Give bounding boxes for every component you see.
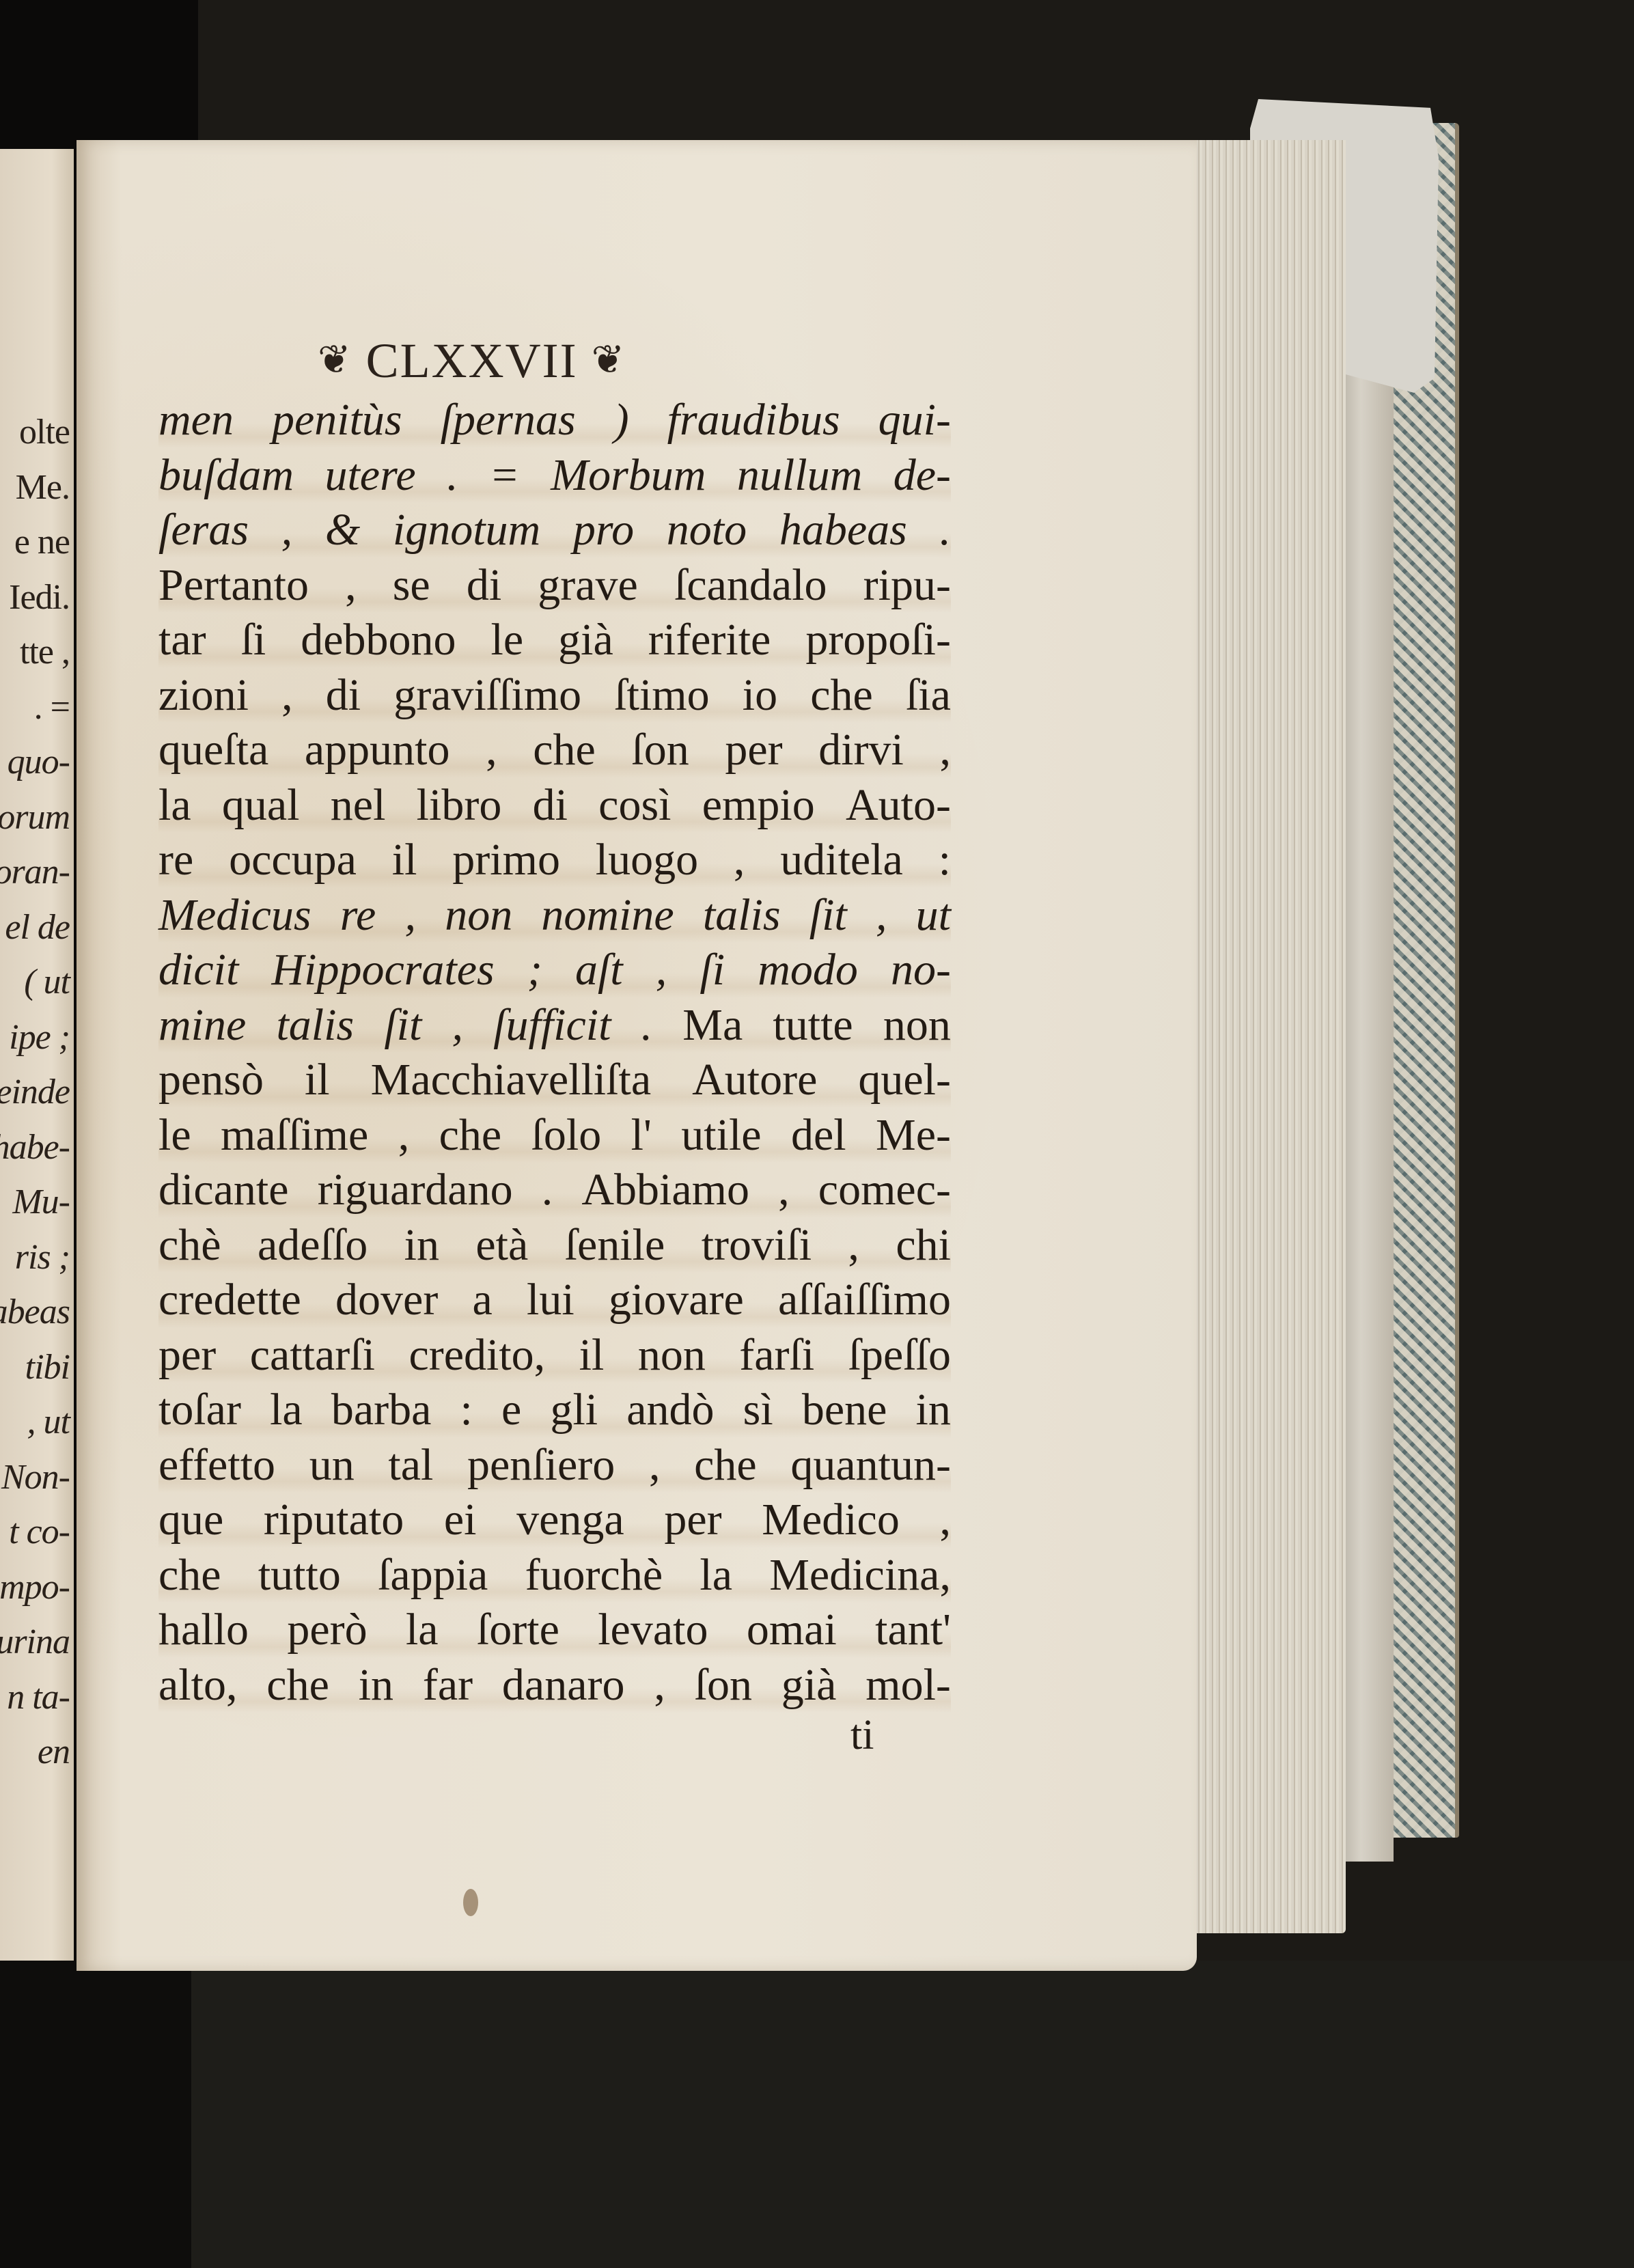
word: un (309, 1438, 355, 1493)
text-line: Pertanto,sedigraveſcandaloripu- (158, 558, 951, 613)
word: non (445, 888, 512, 943)
word: di (467, 558, 501, 613)
word: mine (158, 998, 246, 1053)
word: maſſime (221, 1108, 368, 1163)
word: modo (758, 943, 858, 998)
word: empio (702, 778, 815, 833)
word: in (359, 1658, 393, 1713)
left-page-text-fragment: Non- (1, 1457, 70, 1497)
word: alto, (158, 1658, 237, 1713)
word: quantun- (790, 1438, 951, 1493)
word: ripu- (863, 558, 951, 613)
word: ſpeſſo (848, 1328, 951, 1383)
text-line: tarſidebbonolegiàriferitepropoſi- (158, 613, 951, 668)
word: le (491, 613, 524, 668)
word: Ma (682, 998, 743, 1053)
left-page-text-fragment: quo- (8, 742, 70, 782)
word: ſon (631, 723, 689, 778)
word: ut (916, 888, 951, 943)
word: toſar (158, 1383, 241, 1438)
word: qui- (878, 393, 951, 448)
word: , (939, 723, 951, 778)
word: propoſi- (805, 613, 951, 668)
page-number-roman: CLXXVII (366, 333, 578, 388)
word: chi (896, 1218, 951, 1273)
text-line: credettedoveraluigiovareaſſaiſſimo (158, 1273, 951, 1328)
word: ſon (695, 1658, 752, 1713)
word: occupa (229, 833, 357, 888)
left-page-text-fragment: ris ; (15, 1237, 70, 1277)
word: Auto- (846, 778, 951, 833)
word: , (734, 833, 745, 888)
word: ſcandalo (674, 558, 827, 613)
word: queſta (158, 723, 268, 778)
word: per (158, 1328, 216, 1383)
word: gli (550, 1383, 598, 1438)
text-line: minetalisſit,ſufficit.Matuttenon (158, 998, 951, 1053)
page-header: ❦ CLXXVII ❦ (318, 333, 626, 389)
word: talis (276, 998, 354, 1053)
word: ſi (700, 943, 725, 998)
word: non (883, 998, 951, 1053)
word: dirvi (818, 723, 904, 778)
word: : (460, 1383, 473, 1438)
left-page-text-fragment: t co- (9, 1512, 70, 1552)
word: , (654, 1658, 665, 1713)
word: : (939, 833, 951, 888)
word: & (325, 503, 360, 558)
word: chè (158, 1218, 221, 1273)
left-page-text-fragment: Iedi. (9, 577, 70, 618)
word: appunto (305, 723, 450, 778)
word: ſit (809, 888, 847, 943)
word: ſpernas (441, 393, 576, 448)
word: . (542, 1163, 553, 1218)
text-line: zioni,digraviſſimoſtimoiocheſia (158, 668, 951, 723)
word: troviſi (702, 1218, 812, 1273)
word: se (393, 558, 430, 613)
word: di (533, 778, 568, 833)
left-page-text-fragment: tte , (20, 632, 70, 672)
word: andò (626, 1383, 714, 1438)
word: Morbum (551, 448, 706, 503)
left-page-text-fragment: Me. (16, 467, 70, 508)
text-line: ſeras,&ignotumpronotohabeas. (158, 503, 951, 558)
word: riferite (648, 613, 771, 668)
word: del (791, 1108, 846, 1163)
word: la (406, 1603, 439, 1658)
word: luogo (596, 833, 698, 888)
left-page-text-fragment: orum (0, 797, 70, 838)
word: Abbiamo (581, 1163, 749, 1218)
word: ſi (241, 613, 266, 668)
word: giovare (609, 1273, 744, 1328)
word: omai (747, 1603, 837, 1658)
word: , (405, 888, 417, 943)
word: credette (158, 1273, 301, 1328)
word: levato (598, 1603, 708, 1658)
left-page-text-fragment: n ta- (7, 1677, 70, 1717)
left-page-text-fragment: mpo- (0, 1567, 70, 1607)
word: no- (891, 943, 951, 998)
left-page-text-fragment: e ne (14, 522, 70, 562)
word: il (392, 833, 417, 888)
word: Autore (692, 1053, 817, 1108)
word: già (558, 613, 613, 668)
word: nomine (541, 888, 674, 943)
word: . (641, 998, 653, 1053)
word: ignotum (393, 503, 540, 558)
ink-stain (463, 1889, 478, 1916)
word: far (423, 1658, 473, 1713)
word: così (598, 778, 671, 833)
word: ei (444, 1493, 477, 1548)
word: che (439, 1108, 502, 1163)
background-bottom (0, 1961, 1634, 2268)
text-line: Medicusre,nonnominetalisſit,ut (158, 888, 951, 943)
text-line: buſdamutere.=Morbumnullumde- (158, 448, 951, 503)
word: penſiero (467, 1438, 615, 1493)
word: , (486, 723, 497, 778)
word: per (664, 1493, 721, 1548)
left-page-text-fragment: ipe ; (9, 1017, 70, 1057)
word: Medicus (158, 888, 311, 943)
word: debbono (301, 613, 456, 668)
word: noto (667, 503, 747, 558)
word: qual (222, 778, 300, 833)
word: barba (331, 1383, 432, 1438)
word: ſolo (531, 1108, 602, 1163)
word: pro (573, 503, 634, 558)
word: le (158, 1108, 191, 1163)
word: re (158, 833, 193, 888)
word: il (305, 1053, 330, 1108)
word: lui (527, 1273, 574, 1328)
word: e (501, 1383, 521, 1438)
text-line: reoccupailprimoluogo,uditela: (158, 833, 951, 888)
left-page-text-fragment: Mu- (12, 1182, 70, 1222)
word: che (158, 1548, 221, 1603)
word: buſdam (158, 448, 294, 503)
word: , (939, 1493, 951, 1548)
word: , (398, 1108, 410, 1163)
word: mol- (866, 1658, 951, 1713)
word: , (876, 888, 887, 943)
word: però (287, 1603, 367, 1658)
word: dicit (158, 943, 238, 998)
word: dicante (158, 1163, 289, 1218)
word: re (340, 888, 376, 943)
word: età (475, 1218, 528, 1273)
word: uditela (780, 833, 903, 888)
word: , (281, 503, 293, 558)
word: che (533, 723, 596, 778)
word: hallo (158, 1603, 249, 1658)
left-page-text-fragment: habe- (0, 1127, 70, 1167)
body-text: menpenitùsſpernas)fraudibusqui-buſdamute… (158, 393, 951, 1713)
word: credito, (408, 1328, 545, 1383)
word: Hippocrates (271, 943, 494, 998)
word: tutte (773, 998, 853, 1053)
left-page-text-fragment: , ut (27, 1402, 70, 1442)
word: aſt (575, 943, 623, 998)
word: penitùs (272, 393, 402, 448)
word: primo (452, 833, 560, 888)
text-line: effettountalpenſiero,chequantun- (158, 1438, 951, 1493)
word: talis (703, 888, 781, 943)
fleuron-left-icon: ❦ (318, 337, 352, 382)
word: che (266, 1658, 329, 1713)
word: effetto (158, 1438, 275, 1493)
word: nullum (737, 448, 862, 503)
left-page-text-fragment: . = (34, 687, 70, 728)
text-line: queriputatoeivengaperMedico, (158, 1493, 951, 1548)
word: sì (743, 1383, 773, 1438)
word: già (781, 1658, 837, 1713)
word: il (579, 1328, 605, 1383)
word: che (810, 668, 873, 723)
background-bottom-left (0, 1961, 191, 2268)
word: ſit (384, 998, 421, 1053)
word: nel (331, 778, 386, 833)
word: tutto (258, 1548, 341, 1603)
word: che (694, 1438, 757, 1493)
word: ſufficit (493, 998, 611, 1053)
word: tant' (875, 1603, 951, 1658)
word: Macchiavelliſta (371, 1053, 651, 1108)
word: riguardano (318, 1163, 513, 1218)
word: pensò (158, 1053, 264, 1108)
word: in (404, 1218, 439, 1273)
word: habeas (779, 503, 907, 558)
word: , (848, 1218, 859, 1273)
word: di (326, 668, 361, 723)
text-line: laqualnellibrodicosìempioAuto- (158, 778, 951, 833)
word: Medico (762, 1493, 900, 1548)
word: zioni (158, 668, 249, 723)
word: , (649, 1438, 661, 1493)
text-line: chetuttoſappiafuorchèlaMedicina, (158, 1548, 951, 1603)
word: ) (614, 393, 629, 448)
catchword: ti (850, 1711, 874, 1760)
left-page-text-fragment: el de (5, 907, 70, 948)
word: adeſſo (258, 1218, 368, 1273)
left-page-text-fragment: oran- (0, 852, 70, 892)
word: , (281, 668, 293, 723)
left-page-fragment: olteMe.e neIedi.tte ,. =quo-orumoran-el … (0, 149, 74, 1961)
word: danaro (502, 1658, 625, 1713)
fleuron-right-icon: ❦ (592, 337, 626, 382)
word: . (447, 448, 458, 503)
word: ſorte (477, 1603, 559, 1658)
word: quel- (858, 1053, 951, 1108)
text-line: halloperòlaſortelevatoomaitant' (158, 1603, 951, 1658)
word: cattarſi (250, 1328, 375, 1383)
text-line: toſarlabarba:egliandòsìbenein (158, 1383, 951, 1438)
word: per (725, 723, 782, 778)
word: dover (335, 1273, 438, 1328)
word: , (345, 558, 357, 613)
word: . (939, 503, 951, 558)
text-line: pensòilMacchiavelliſtaAutorequel- (158, 1053, 951, 1108)
word: io (743, 668, 777, 723)
text-line: lemaſſime,cheſolol'utiledelMe- (158, 1108, 951, 1163)
text-line: dicitHippocrates;aſt,ſimodono- (158, 943, 951, 998)
word: libro (417, 778, 502, 833)
word: , (452, 998, 463, 1053)
word: de- (894, 448, 951, 503)
word: ſenile (565, 1218, 665, 1273)
word: ; (527, 943, 542, 998)
word: la (158, 778, 191, 833)
word: comec- (818, 1163, 951, 1218)
word: men (158, 393, 234, 448)
word: ſappia (378, 1548, 488, 1603)
word: la (700, 1548, 732, 1603)
page-edges-stack (1195, 140, 1346, 1933)
word: la (270, 1383, 303, 1438)
word: graviſſimo (393, 668, 581, 723)
word: venga (516, 1493, 624, 1548)
word: ſia (906, 668, 951, 723)
left-page-text-fragment: tibi (25, 1347, 70, 1387)
word: utile (681, 1108, 761, 1163)
text-line: menpenitùsſpernas)fraudibusqui- (158, 393, 951, 448)
word: ſeras (158, 503, 249, 558)
left-page-text-fragment: olte (19, 412, 70, 452)
word: l' (631, 1108, 652, 1163)
word: utere (324, 448, 415, 503)
word: , (778, 1163, 790, 1218)
word: aſſaiſſimo (778, 1273, 951, 1328)
left-page-text-fragment: abeas (0, 1292, 70, 1332)
left-page-text-fragment: ( ut (24, 962, 70, 1002)
text-line: queſtaappunto,cheſonperdirvi, (158, 723, 951, 778)
word: ſtimo (614, 668, 709, 723)
text-line: alto,cheinfardanaro,ſongiàmol- (158, 1658, 951, 1713)
text-line: percattarſicredito,ilnonfarſiſpeſſo (158, 1328, 951, 1383)
page-edges-back (1339, 140, 1394, 1862)
text-line: dicanteriguardano.Abbiamo,comec- (158, 1163, 951, 1218)
word: in (916, 1383, 951, 1438)
word: grave (538, 558, 638, 613)
word: fraudibus (667, 393, 840, 448)
text-line: chèadeſſoinetàſeniletroviſi,chi (158, 1218, 951, 1273)
left-page-text-fragment: urina (0, 1622, 70, 1662)
word: Me- (876, 1108, 951, 1163)
word: , (656, 943, 667, 998)
word: bene (802, 1383, 887, 1438)
left-page-text-fragment: einde (0, 1072, 70, 1112)
word: que (158, 1493, 223, 1548)
word: farſi (739, 1328, 814, 1383)
word: tal (388, 1438, 433, 1493)
word: non (638, 1328, 706, 1383)
word: riputato (264, 1493, 404, 1548)
word: fuorchè (525, 1548, 663, 1603)
word: a (473, 1273, 493, 1328)
left-page-text-fragment: en (38, 1732, 70, 1772)
word: Medicina, (769, 1548, 951, 1603)
word: = (489, 448, 520, 503)
word: tar (158, 613, 206, 668)
word: Pertanto (158, 558, 309, 613)
